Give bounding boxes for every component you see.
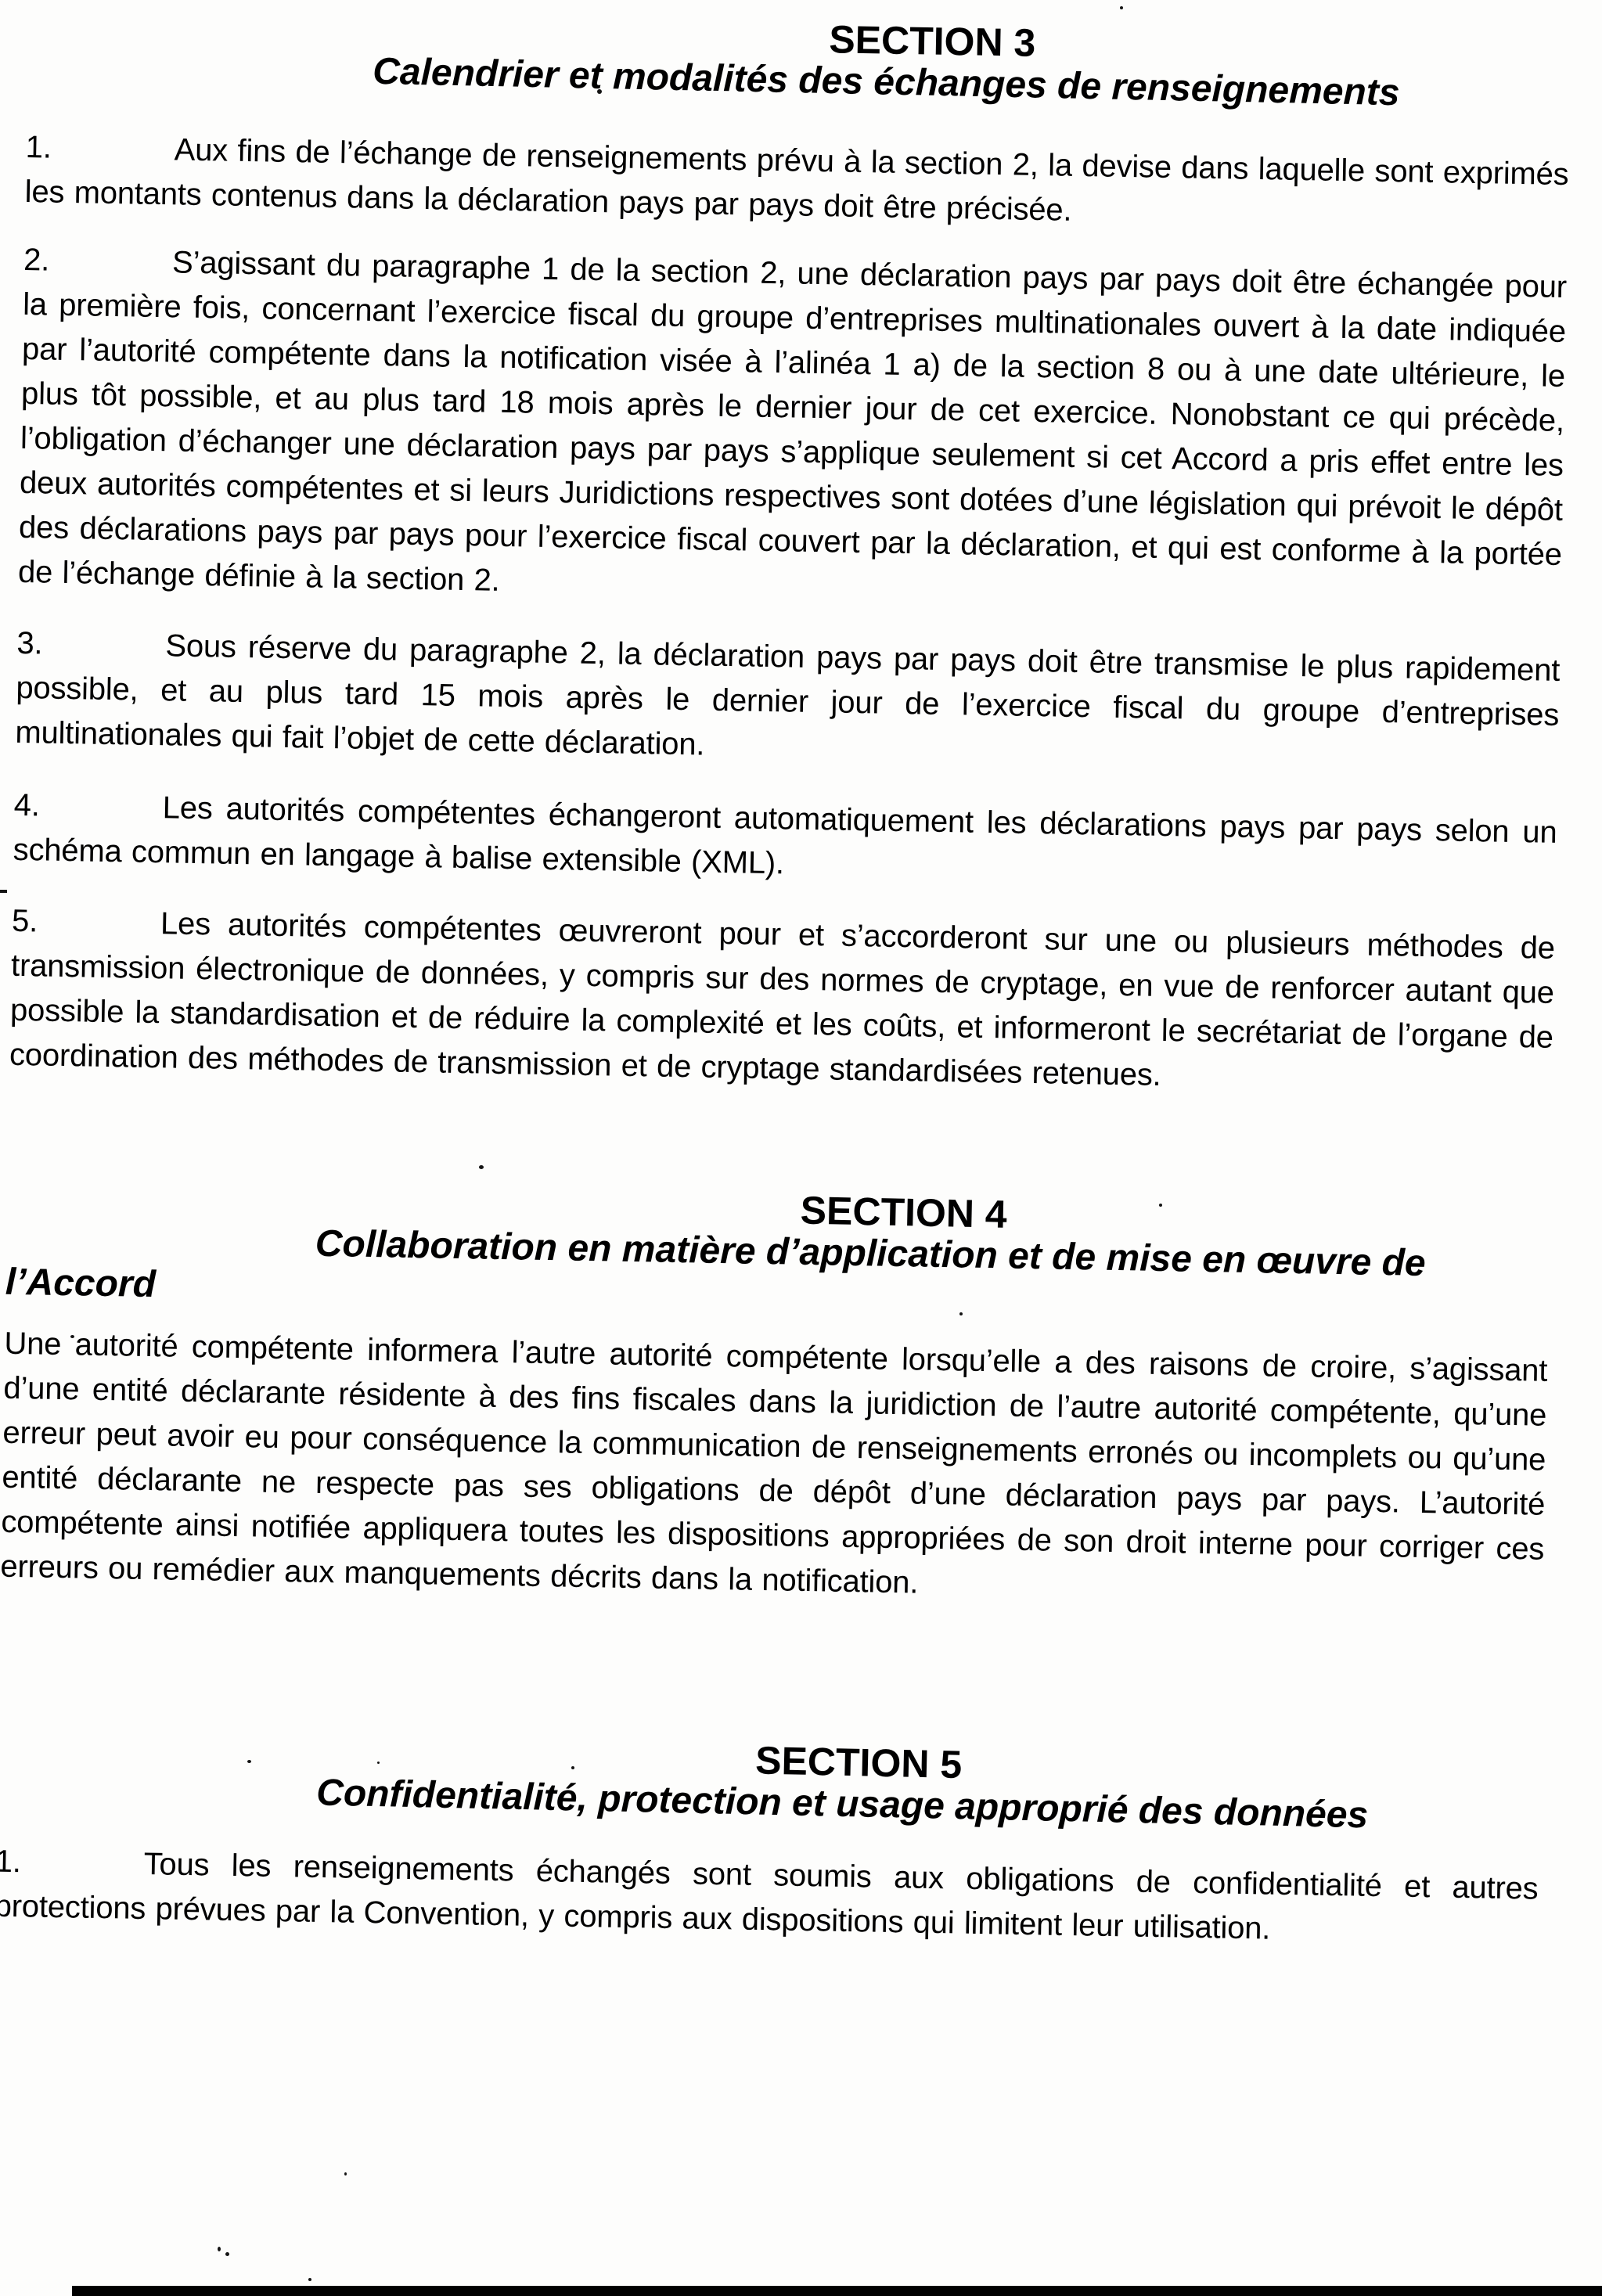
section-4-paragraph-1: Une autorité compétente informera l’autr… [0,1322,1548,1617]
paragraph-number: 2. [23,238,50,283]
scan-speck [70,1335,74,1338]
section-4: SECTION 4 Collaboration en matière d’app… [0,1176,1550,1617]
scan-speck [218,2247,221,2251]
section-3-paragraph-1: 1. Aux fins de l’échange de renseignemen… [24,125,1569,242]
scan-artifact-bar [72,2286,1602,2296]
scan-speck [571,1766,574,1769]
scan-speck [1159,1204,1162,1207]
paragraph-number: 3. [16,621,43,667]
paragraph-text: Tous les renseignements échangés sont so… [0,1847,1539,1946]
paragraph-number: 5. [12,899,38,945]
section-3-paragraph-3: 3. Sous réserve du paragraphe 2, la décl… [15,621,1561,783]
scan-speck [247,1760,251,1763]
scan-speck [959,1312,963,1315]
scan-speck [308,2278,311,2281]
section-3-paragraph-5: 5. Les autorités compétentes œuvreront p… [9,899,1556,1105]
paragraph-number: 1. [25,125,52,171]
section-3-paragraph-4: 4. Les autorités compétentes échangeront… [13,783,1557,900]
section-5: SECTION 5 Confidentialité, protection et… [0,1727,1541,1956]
paragraph-text: Une autorité compétente informera l’autr… [0,1326,1548,1600]
scan-speck [377,1762,380,1764]
scan-speck [597,89,602,94]
paragraph-number: 1. [0,1840,21,1885]
scan-speck [1120,6,1123,9]
paragraph-number: 4. [13,783,40,829]
paragraph-text: Sous réserve du paragraphe 2, la déclara… [15,628,1561,761]
section-3: SECTION 3 Calendrier et modalités des éc… [9,5,1571,1105]
scan-speck [0,890,7,893]
paragraph-text: S’agissant du paragraphe 1 de la section… [18,245,1568,598]
section-3-paragraph-2: 2. S’agissant du paragraphe 1 de la sect… [18,238,1568,622]
scan-speck [344,2172,347,2175]
section-5-paragraph-1: 1. Tous les renseignements échangés sont… [0,1840,1539,1956]
scan-speck [225,2252,229,2256]
scan-speck [479,1165,484,1169]
paragraph-text: Les autorités compétentes œuvreront pour… [9,906,1556,1092]
paragraph-text: Les autorités compétentes échangeront au… [13,790,1557,880]
page-content: SECTION 3 Calendrier et modalités des éc… [0,5,1571,1956]
paragraph-text: Aux fins de l’échange de renseignements … [24,132,1568,227]
scanned-document-page: SECTION 3 Calendrier et modalités des éc… [0,0,1602,2296]
